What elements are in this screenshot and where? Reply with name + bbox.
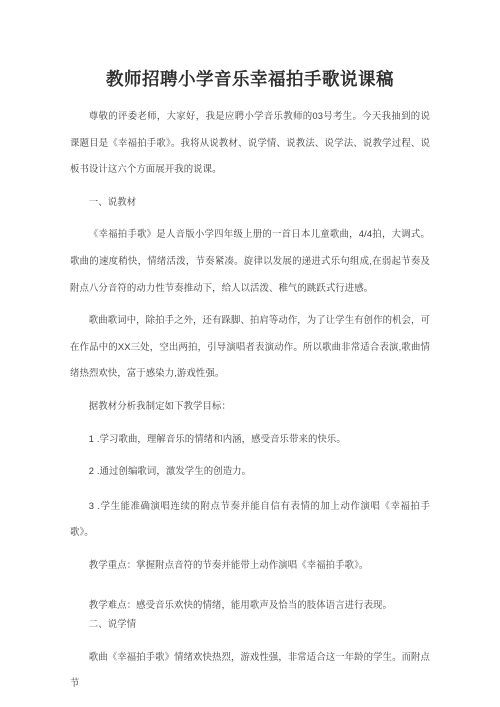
section-heading-shuo-jiaocai: 一、说教材 bbox=[70, 189, 430, 216]
document-title: 教师招聘小学音乐幸福拍手歌说课稿 bbox=[70, 66, 430, 92]
lyrics-analysis-paragraph: 歌曲歌词中，除拍手之外，还有跺脚、拍肩等动作，为了让学生有创作的机会，可在作品中… bbox=[70, 307, 430, 387]
teaching-goal-item-2: 2 .通过创编歌词，激发学生的创造力。 bbox=[70, 458, 430, 485]
document-page: 教师招聘小学音乐幸福拍手歌说课稿 尊敬的评委老师，大家好，我是应聘小学音乐教师的… bbox=[0, 0, 500, 707]
teaching-goal-item-1: 1 .学习歌曲，理解音乐的情绪和内涵，感受音乐带来的快乐。 bbox=[70, 426, 430, 453]
teaching-goals-lead: 据教材分析我制定如下教学目标： bbox=[70, 393, 430, 420]
intro-paragraph: 尊敬的评委老师，大家好，我是应聘小学音乐教师的03号考生。今天我抽到的说课题目是… bbox=[70, 103, 430, 183]
textbook-analysis-paragraph: 《幸福拍手歌》是人音版小学四年级上册的一首日本儿童歌曲，4/4拍，大调式。歌曲的… bbox=[70, 221, 430, 301]
teaching-goal-item-3: 3 .学生能准确演唱连续的附点节奏并能自信有表情的加上动作演唱《幸福拍手歌》。 bbox=[70, 493, 430, 546]
student-analysis-paragraph: 歌曲《幸福拍手歌》情绪欢快热烈，游戏性强，非常适合这一年龄的学生。而附点节 bbox=[70, 644, 430, 697]
teaching-key-point: 教学重点：掌握附点音符的节奏并能带上动作演唱《幸福拍手歌》。 bbox=[70, 552, 430, 579]
